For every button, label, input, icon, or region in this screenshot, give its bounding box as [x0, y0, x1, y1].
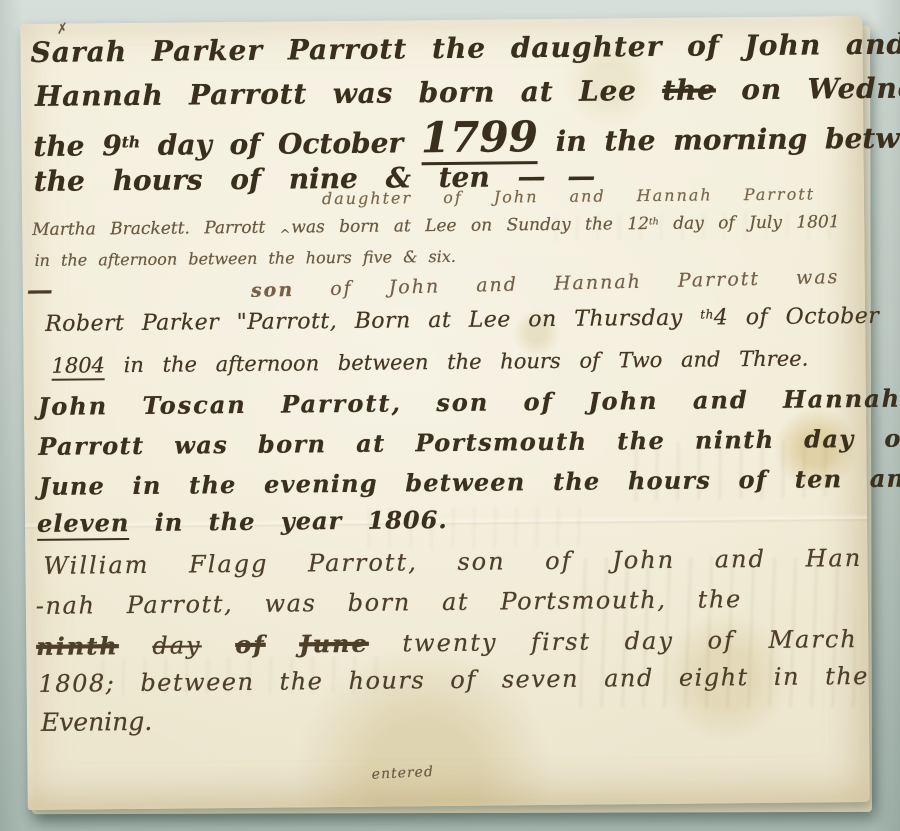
entered-note: entered: [371, 764, 434, 783]
john-line-4: eleven in the year 1806.: [37, 505, 448, 538]
john-line-3: June in the evening between the hours of…: [39, 463, 900, 500]
martha-line-1: Martha Brackett. Parrott ^was born at Le…: [32, 212, 840, 244]
william-line-3: ninth day of June twenty first day of Ma…: [36, 624, 858, 661]
photo-background: ✗Sarah Parker Parrott the daughter of Jo…: [0, 0, 900, 831]
sarah-line-2: Hannah Parrott was born at Lee the on We…: [35, 71, 900, 113]
william-line-4: 1808; between the hours of seven and eig…: [38, 662, 869, 698]
william-line-1: William Flagg Parrott, son of John and H…: [43, 544, 862, 580]
john-line-1: John Toscan Parrott, son of John and Han…: [38, 384, 900, 421]
john-line-2: Parrott was born at Portsmouth the ninth…: [38, 424, 900, 461]
robert-line-1: Robert Parker "Parrott, Born at Lee on T…: [45, 304, 879, 337]
martha-line-2: in the afternoon between the hours five …: [34, 247, 456, 270]
william-line-2: -nah Parrott, was born at Portsmouth, th…: [36, 585, 742, 620]
robert-interlinear: son of John and Hannah Parrott was: [251, 266, 840, 302]
martha-interlinear: daughter of John and Hannah Parrott: [322, 184, 815, 208]
paper: ✗Sarah Parker Parrott the daughter of Jo…: [20, 16, 870, 810]
william-line-5: Evening.: [41, 707, 153, 737]
sarah-line-3: the 9th day of October 1799 in the morni…: [33, 114, 900, 163]
left-dash: —: [27, 276, 53, 306]
sarah-line-1: Sarah Parker Parrott the daughter of Joh…: [30, 28, 900, 69]
robert-line-2: 1804 in the afternoon between the hours …: [51, 347, 808, 378]
